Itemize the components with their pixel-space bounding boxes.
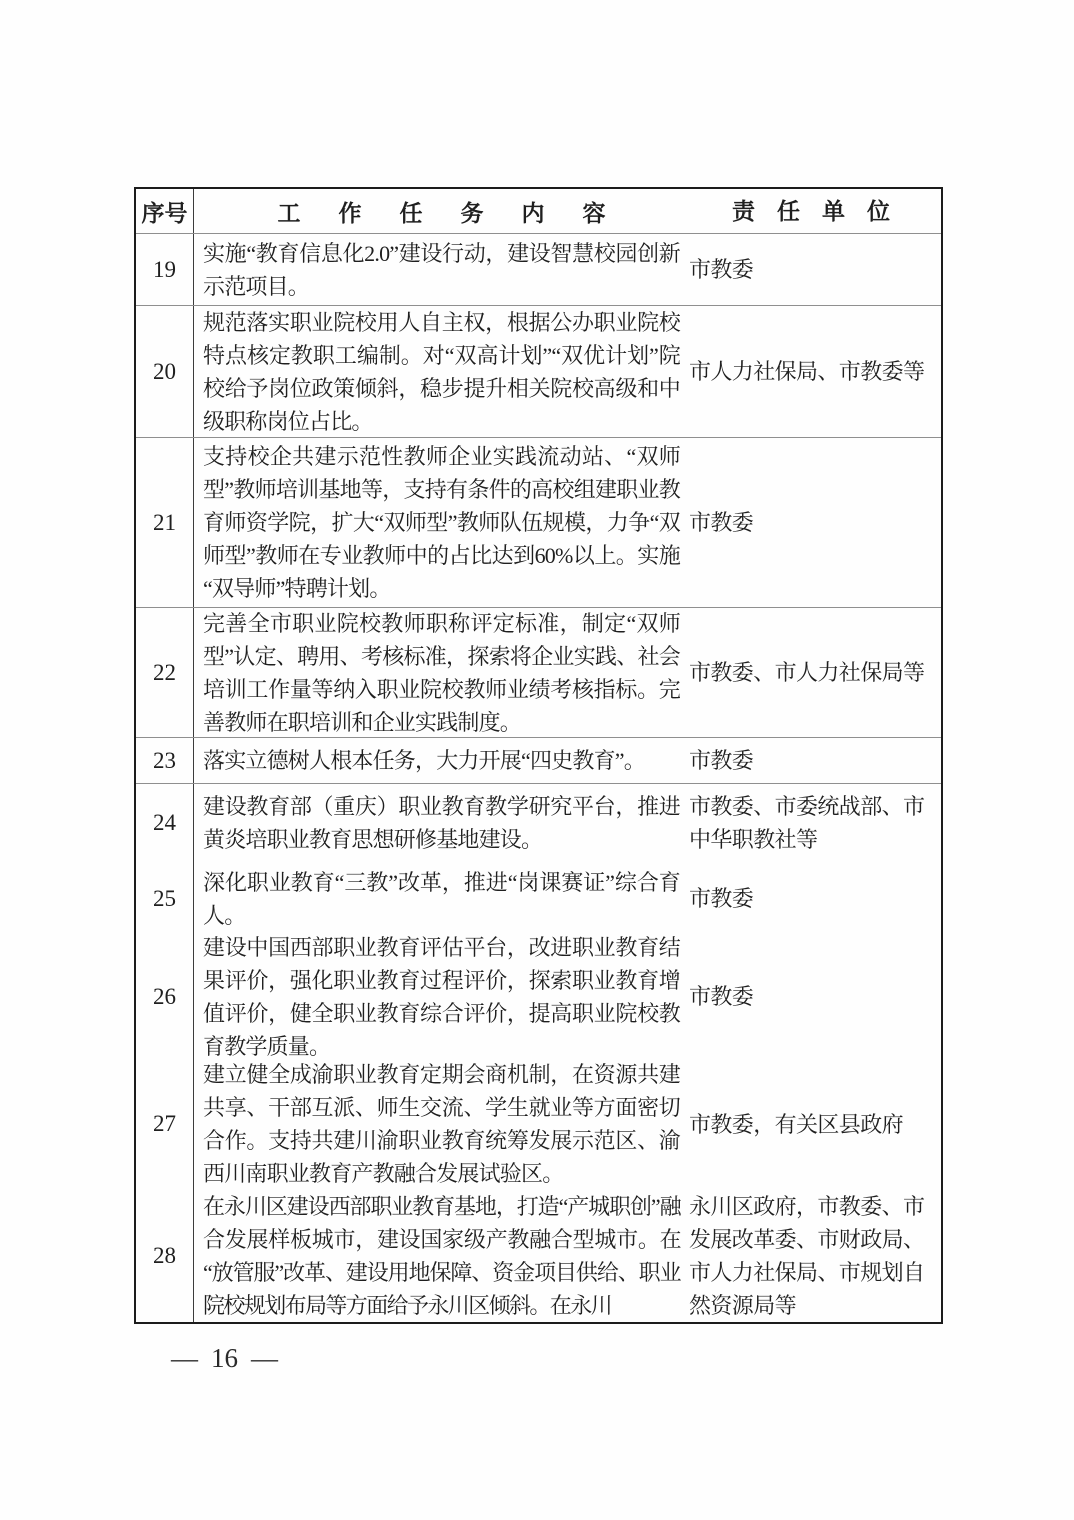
row-index: 26 bbox=[136, 935, 194, 1058]
row-task-text: 建设教育部（重庆）职业教育教学研究平台，推进黄炎培职业教育思想研修基地建设。 bbox=[203, 790, 680, 856]
row-unit-text: 市教委 bbox=[683, 234, 941, 305]
row-task-text: 深化职业教育“三教”改革，推进“岗课赛证”综合育人。 bbox=[203, 866, 680, 932]
table-row: 25 深化职业教育“三教”改革，推进“岗课赛证”综合育人。 市教委 bbox=[136, 862, 941, 935]
row-task-text: 支持校企共建示范性教师企业实践流动站、“双师型”教师培训基地等，支持有条件的高校… bbox=[203, 440, 680, 605]
table-row: 27 建立健全成渝职业教育定期会商机制，在资源共建共享、干部互派、师生交流、学生… bbox=[136, 1058, 941, 1190]
row-index: 19 bbox=[136, 234, 194, 305]
table-row: 28 在永川区建设西部职业教育基地，打造“产城职创”融合发展样板城市，建设国家级… bbox=[136, 1190, 941, 1322]
row-index: 20 bbox=[136, 306, 194, 437]
table-row: 24 建设教育部（重庆）职业教育教学研究平台，推进黄炎培职业教育思想研修基地建设… bbox=[136, 784, 941, 862]
row-unit-text: 市人力社保局、市教委等 bbox=[683, 306, 941, 437]
row-unit-text: 市教委、市人力社保局等 bbox=[683, 608, 941, 737]
page-number: 16 bbox=[211, 1341, 238, 1375]
row-unit-text: 市教委、市委统战部、市中华职教社等 bbox=[683, 784, 941, 862]
table-row: 23 落实立德树人根本任务，大力开展“四史教育”。 市教委 bbox=[136, 737, 941, 783]
row-unit-text: 市教委 bbox=[683, 935, 941, 1058]
row-index: 24 bbox=[136, 784, 194, 862]
row-unit-text: 市教委 bbox=[683, 438, 941, 607]
footer-right-dash: — bbox=[251, 1341, 278, 1375]
row-index: 22 bbox=[136, 608, 194, 737]
row-index: 21 bbox=[136, 438, 194, 607]
document-page: 序号 工作任务内容 责任单位 19 实施“教育信息化2.0”建设行动，建设智慧校… bbox=[0, 0, 1074, 1520]
row-unit-text: 永川区政府，市教委、市发展改革委、市财政局、市人力社保局、市规划自然资源局等 bbox=[683, 1190, 941, 1322]
row-task-text: 在永川区建设西部职业教育基地，打造“产城职创”融合发展样板城市，建设国家级产教融… bbox=[203, 1190, 680, 1322]
row-unit-text: 市教委，有关区县政府 bbox=[683, 1058, 941, 1190]
table-row: 22 完善全市职业院校教师职称评定标准，制定“双师型”认定、聘用、考核标准，探索… bbox=[136, 607, 941, 737]
header-task-label: 工作任务内容 bbox=[278, 195, 644, 228]
table-row-group: 24 建设教育部（重庆）职业教育教学研究平台，推进黄炎培职业教育思想研修基地建设… bbox=[136, 783, 941, 1190]
header-task-cell: 工作任务内容 bbox=[194, 189, 683, 233]
task-table: 序号 工作任务内容 责任单位 19 实施“教育信息化2.0”建设行动，建设智慧校… bbox=[134, 187, 943, 1324]
row-index: 28 bbox=[136, 1190, 194, 1322]
row-task-text: 落实立德树人根本任务，大力开展“四史教育”。 bbox=[203, 744, 680, 777]
row-task-text: 规范落实职业院校用人自主权，根据公办职业院校特点核定教职工编制。对“双高计划”“… bbox=[203, 306, 680, 438]
table-row: 21 支持校企共建示范性教师企业实践流动站、“双师型”教师培训基地等，支持有条件… bbox=[136, 437, 941, 607]
row-task-text: 建设中国西部职业教育评估平台，改进职业教育结果评价，强化职业教育过程评价，探索职… bbox=[203, 931, 680, 1063]
table-row: 20 规范落实职业院校用人自主权，根据公办职业院校特点核定教职工编制。对“双高计… bbox=[136, 305, 941, 437]
header-unit-label: 责任单位 bbox=[732, 195, 912, 228]
row-task-text: 完善全市职业院校教师职称评定标准，制定“双师型”认定、聘用、考核标准，探索将企业… bbox=[203, 607, 680, 739]
row-index: 27 bbox=[136, 1058, 194, 1190]
row-task-text: 建立健全成渝职业教育定期会商机制，在资源共建共享、干部互派、师生交流、学生就业等… bbox=[203, 1058, 680, 1190]
row-index: 23 bbox=[136, 738, 194, 783]
footer-left-dash: — bbox=[171, 1341, 198, 1375]
row-task-text: 实施“教育信息化2.0”建设行动，建设智慧校园创新示范项目。 bbox=[203, 237, 680, 303]
table-header-row: 序号 工作任务内容 责任单位 bbox=[136, 189, 941, 233]
table-row: 19 实施“教育信息化2.0”建设行动，建设智慧校园创新示范项目。 市教委 bbox=[136, 233, 941, 305]
row-unit-text: 市教委 bbox=[683, 738, 941, 783]
page-number-footer: — 16 — bbox=[171, 1341, 278, 1375]
row-index: 25 bbox=[136, 862, 194, 935]
header-unit-cell: 责任单位 bbox=[683, 189, 941, 233]
header-index-label: 序号 bbox=[142, 195, 188, 228]
table-row: 26 建设中国西部职业教育评估平台，改进职业教育结果评价，强化职业教育过程评价，… bbox=[136, 935, 941, 1058]
row-unit-text: 市教委 bbox=[683, 862, 941, 935]
header-index-cell: 序号 bbox=[136, 189, 194, 233]
